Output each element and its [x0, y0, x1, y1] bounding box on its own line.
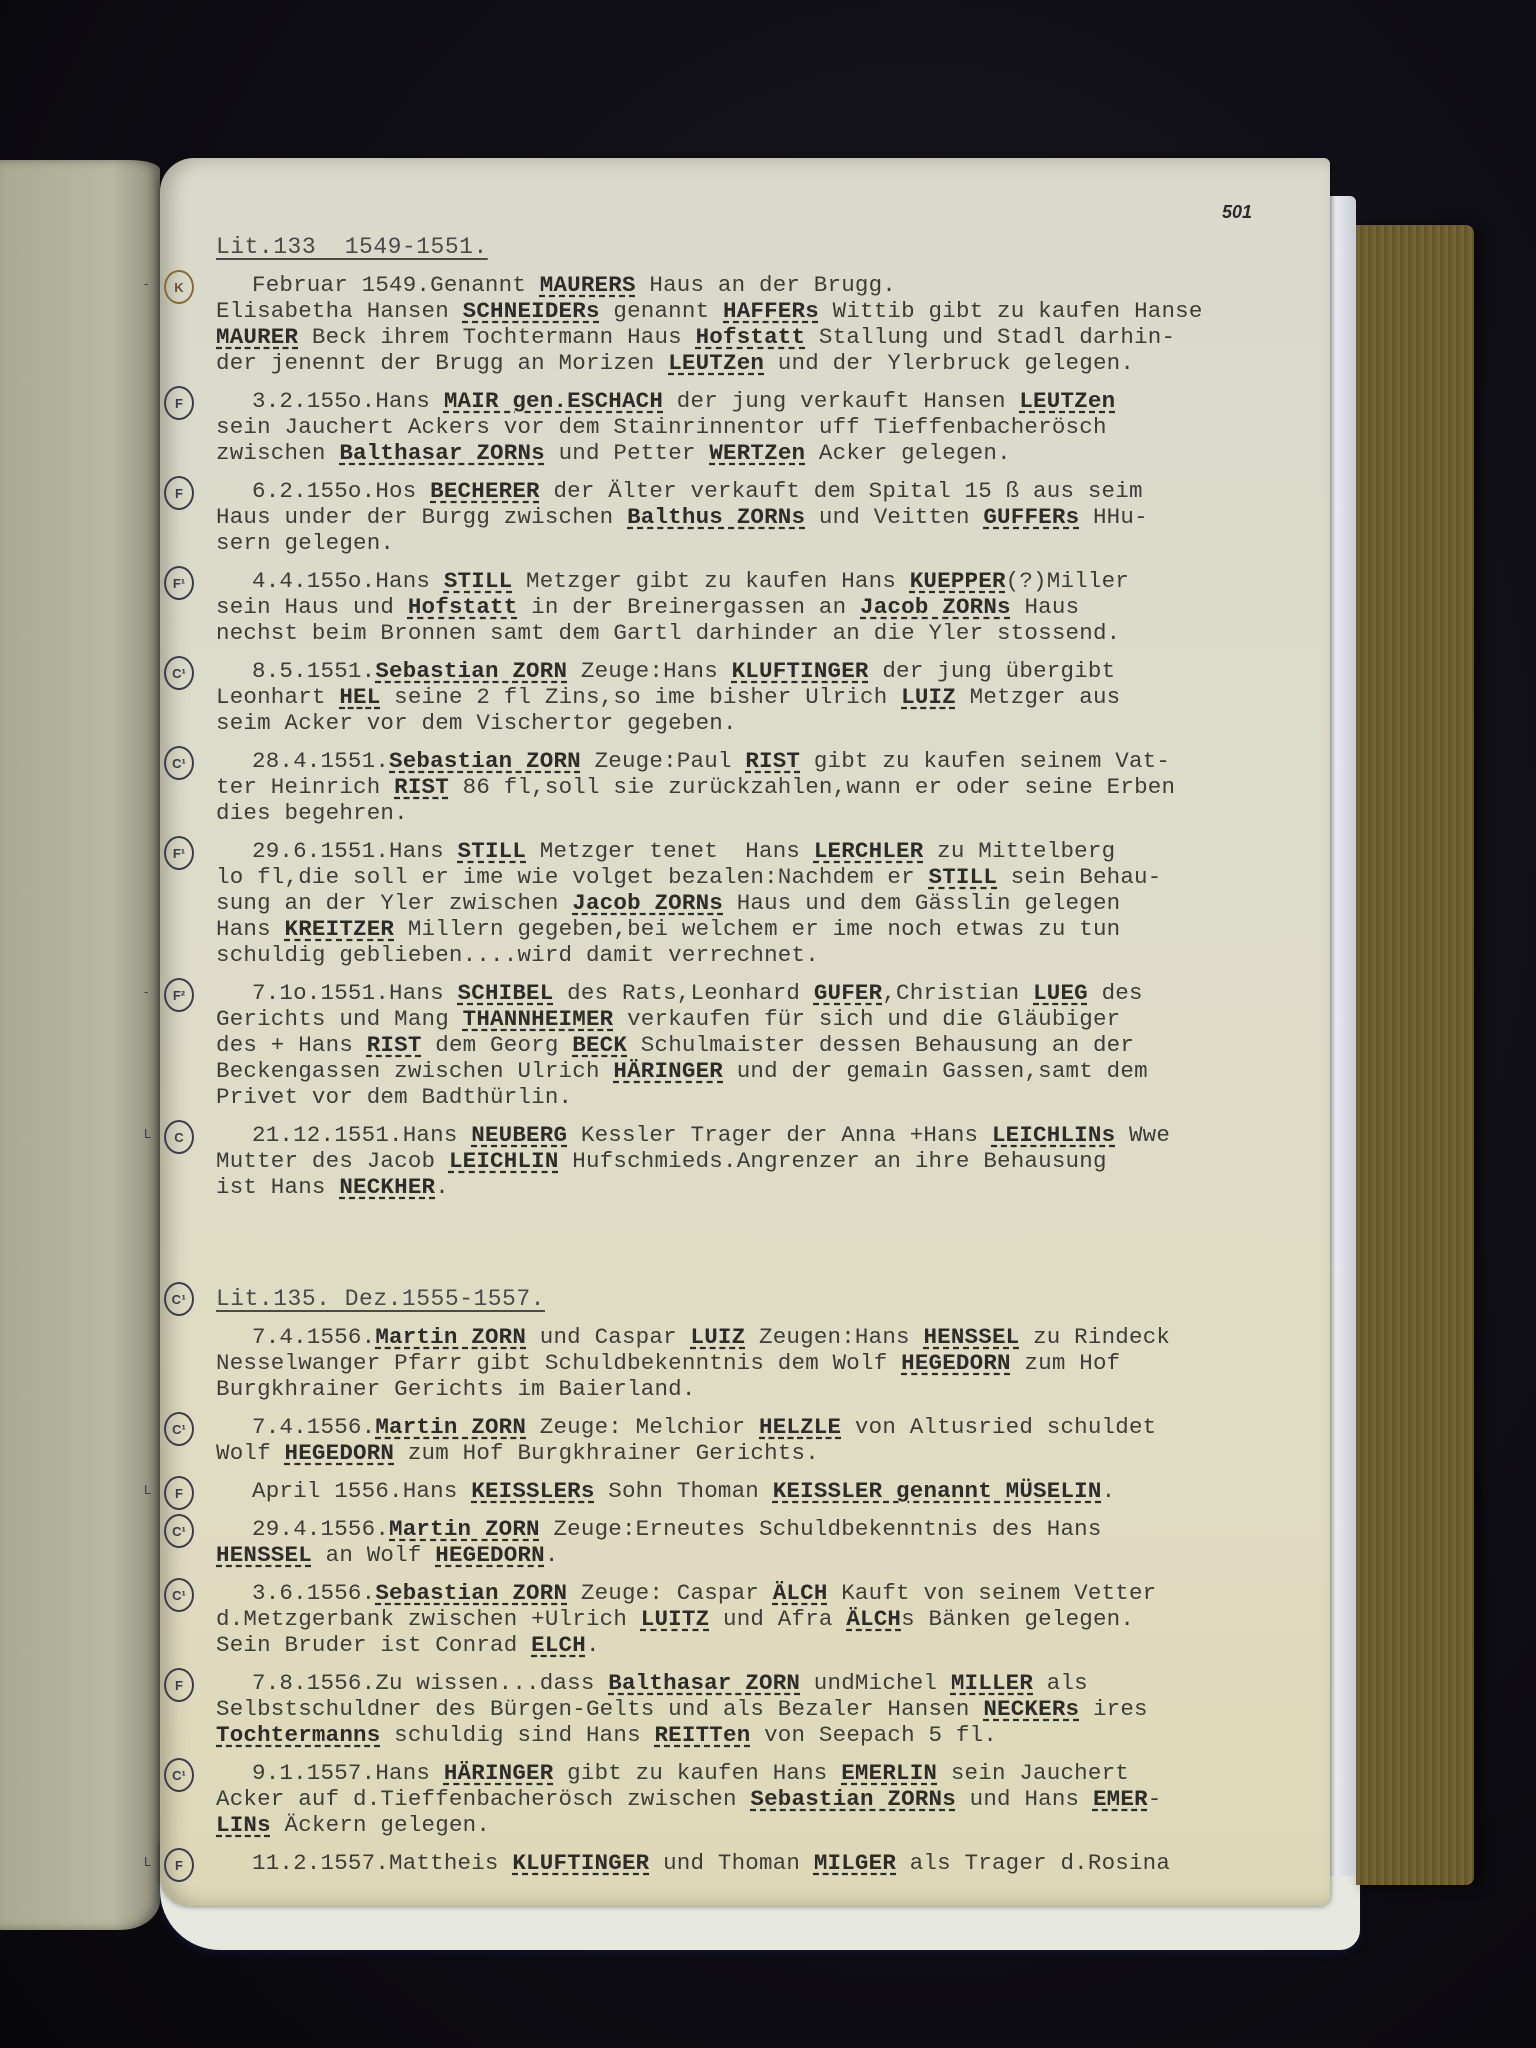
- entry-line: Beckengassen zwischen Ulrich HÄRINGER un…: [216, 1058, 1286, 1084]
- margin-marker-icon: K: [164, 270, 194, 304]
- entry-line: Selbstschuldner des Bürgen-Gelts und als…: [216, 1696, 1286, 1722]
- document-entry: K-Februar 1549.Genannt MAURERS Haus an d…: [216, 272, 1286, 376]
- section-title: Lit.135. Dez.1555-1557.C¹: [216, 1286, 1286, 1312]
- entry-line: d.Metzgerbank zwischen +Ulrich LUITZ und…: [216, 1606, 1286, 1632]
- entry-line: lo fl,die soll er ime wie volget bezalen…: [216, 864, 1286, 890]
- margin-marker-icon: F: [164, 1668, 194, 1702]
- document-page: 501 Lit.133 1549-1551.K-Februar 1549.Gen…: [160, 158, 1330, 1906]
- entry-line: HENSSEL an Wolf HEGEDORN.: [216, 1542, 1286, 1568]
- entry-line: Haus under der Burgg zwischen Balthus ZO…: [216, 504, 1286, 530]
- entry-line: sein Haus und Hofstatt in der Breinergas…: [216, 594, 1286, 620]
- margin-marker-icon: C¹: [164, 1514, 194, 1548]
- entry-line: 29.6.1551.Hans STILL Metzger tenet Hans …: [216, 838, 1286, 864]
- entry-line: sein Jauchert Ackers vor dem Stainrinnen…: [216, 414, 1286, 440]
- document-entry: C¹3.6.1556.Sebastian ZORN Zeuge: Caspar …: [216, 1580, 1286, 1658]
- document-entry: F7.8.1556.Zu wissen...dass Balthasar ZOR…: [216, 1670, 1286, 1748]
- document-entry: 7.4.1556.Martin ZORN und Caspar LUIZ Zeu…: [216, 1324, 1286, 1402]
- entry-line: schuldig geblieben....wird damit verrech…: [216, 942, 1286, 968]
- entry-line: LINs Äckern gelegen.: [216, 1812, 1286, 1838]
- entry-line: 7.4.1556.Martin ZORN Zeuge: Melchior HEL…: [216, 1414, 1286, 1440]
- margin-marker-icon: F: [164, 476, 194, 510]
- entry-line: 3.6.1556.Sebastian ZORN Zeuge: Caspar ÄL…: [216, 1580, 1286, 1606]
- entry-line: der jenennt der Brugg an Morizen LEUTZen…: [216, 350, 1286, 376]
- entry-line: Wolf HEGEDORN zum Hof Burgkhrainer Geric…: [216, 1440, 1286, 1466]
- entry-line: zwischen Balthasar ZORNs und Petter WERT…: [216, 440, 1286, 466]
- entry-line: seim Acker vor dem Vischertor gegeben.: [216, 710, 1286, 736]
- document-entry: CL21.12.1551.Hans NEUBERG Kessler Trager…: [216, 1122, 1286, 1200]
- entry-line: 3.2.155o.Hans MAIR gen.ESCHACH der jung …: [216, 388, 1286, 414]
- margin-marker-icon: C: [164, 1120, 194, 1154]
- document-entry: C¹8.5.1551.Sebastian ZORN Zeuge:Hans KLU…: [216, 658, 1286, 736]
- page-content: Lit.133 1549-1551.K-Februar 1549.Genannt…: [216, 220, 1286, 1888]
- marker-prefix: L: [144, 1126, 151, 1141]
- entry-line: 11.2.1557.Mattheis KLUFTINGER und Thoman…: [216, 1850, 1286, 1876]
- margin-marker-icon: F: [164, 1848, 194, 1882]
- entry-line: Februar 1549.Genannt MAURERS Haus an der…: [216, 272, 1286, 298]
- document-entry: FL11.2.1557.Mattheis KLUFTINGER und Thom…: [216, 1850, 1286, 1876]
- margin-marker-icon: C¹: [164, 656, 194, 690]
- document-entry: C¹7.4.1556.Martin ZORN Zeuge: Melchior H…: [216, 1414, 1286, 1466]
- margin-marker-icon: C¹: [164, 1282, 194, 1316]
- entry-line: Mutter des Jacob LEICHLIN Hufschmieds.An…: [216, 1148, 1286, 1174]
- margin-marker-icon: C¹: [164, 1758, 194, 1792]
- document-entry: FLApril 1556.Hans KEISSLERs Sohn Thoman …: [216, 1478, 1286, 1504]
- entry-line: des + Hans RIST dem Georg BECK Schulmais…: [216, 1032, 1286, 1058]
- entry-line: nechst beim Bronnen samt dem Gartl darhi…: [216, 620, 1286, 646]
- marker-prefix: L: [144, 1854, 151, 1869]
- entry-line: sern gelegen.: [216, 530, 1286, 556]
- margin-marker-icon: F²: [164, 978, 194, 1012]
- left-page: [0, 160, 160, 1930]
- book-page-block: [1356, 225, 1474, 1885]
- entry-line: 4.4.155o.Hans STILL Metzger gibt zu kauf…: [216, 568, 1286, 594]
- entry-line: Acker auf d.Tieffenbacherösch zwischen S…: [216, 1786, 1286, 1812]
- margin-marker-icon: C¹: [164, 1412, 194, 1446]
- entry-line: ter Heinrich RIST 86 fl,soll sie zurückz…: [216, 774, 1286, 800]
- entry-line: Elisabetha Hansen SCHNEIDERs genannt HAF…: [216, 298, 1286, 324]
- entry-line: Burgkhrainer Gerichts im Baierland.: [216, 1376, 1286, 1402]
- entry-line: 6.2.155o.Hos BECHERER der Älter verkauft…: [216, 478, 1286, 504]
- entry-line: MAURER Beck ihrem Tochtermann Haus Hofst…: [216, 324, 1286, 350]
- entry-line: Nesselwanger Pfarr gibt Schuldbekenntnis…: [216, 1350, 1286, 1376]
- entry-line: 21.12.1551.Hans NEUBERG Kessler Trager d…: [216, 1122, 1286, 1148]
- entry-line: Tochtermanns schuldig sind Hans REITTen …: [216, 1722, 1286, 1748]
- document-entry: C¹28.4.1551.Sebastian ZORN Zeuge:Paul RI…: [216, 748, 1286, 826]
- document-entry: F3.2.155o.Hans MAIR gen.ESCHACH der jung…: [216, 388, 1286, 466]
- entry-line: sung an der Yler zwischen Jacob ZORNs Ha…: [216, 890, 1286, 916]
- entry-line: 7.1o.1551.Hans SCHIBEL des Rats,Leonhard…: [216, 980, 1286, 1006]
- margin-marker-icon: F¹: [164, 836, 194, 870]
- entry-line: dies begehren.: [216, 800, 1286, 826]
- margin-marker-icon: F¹: [164, 566, 194, 600]
- marker-prefix: -: [144, 276, 148, 291]
- document-entry: C¹29.4.1556.Martin ZORN Zeuge:Erneutes S…: [216, 1516, 1286, 1568]
- entry-line: Gerichts und Mang THANNHEIMER verkaufen …: [216, 1006, 1286, 1032]
- entry-line: ist Hans NECKHER.: [216, 1174, 1286, 1200]
- entry-line: April 1556.Hans KEISSLERs Sohn Thoman KE…: [216, 1478, 1286, 1504]
- marker-prefix: -: [144, 984, 148, 999]
- margin-marker-icon: C¹: [164, 746, 194, 780]
- entry-line: 8.5.1551.Sebastian ZORN Zeuge:Hans KLUFT…: [216, 658, 1286, 684]
- margin-marker-icon: F: [164, 1476, 194, 1510]
- entry-line: 9.1.1557.Hans HÄRINGER gibt zu kaufen Ha…: [216, 1760, 1286, 1786]
- document-entry: F¹4.4.155o.Hans STILL Metzger gibt zu ka…: [216, 568, 1286, 646]
- document-entry: F6.2.155o.Hos BECHERER der Älter verkauf…: [216, 478, 1286, 556]
- document-entry: F²-7.1o.1551.Hans SCHIBEL des Rats,Leonh…: [216, 980, 1286, 1110]
- document-entry: C¹9.1.1557.Hans HÄRINGER gibt zu kaufen …: [216, 1760, 1286, 1838]
- entry-line: 7.4.1556.Martin ZORN und Caspar LUIZ Zeu…: [216, 1324, 1286, 1350]
- entry-line: Sein Bruder ist Conrad ELCH.: [216, 1632, 1286, 1658]
- margin-marker-icon: F: [164, 386, 194, 420]
- entry-line: Hans KREITZER Millern gegeben,bei welche…: [216, 916, 1286, 942]
- entry-line: 28.4.1551.Sebastian ZORN Zeuge:Paul RIST…: [216, 748, 1286, 774]
- entry-line: Leonhart HEL seine 2 fl Zins,so ime bish…: [216, 684, 1286, 710]
- marker-prefix: L: [144, 1482, 151, 1497]
- entry-line: 7.8.1556.Zu wissen...dass Balthasar ZORN…: [216, 1670, 1286, 1696]
- document-entry: F¹29.6.1551.Hans STILL Metzger tenet Han…: [216, 838, 1286, 968]
- section-title: Lit.133 1549-1551.: [216, 234, 1286, 260]
- entry-line: Privet vor dem Badthürlin.: [216, 1084, 1286, 1110]
- entry-line: 29.4.1556.Martin ZORN Zeuge:Erneutes Sch…: [216, 1516, 1286, 1542]
- margin-marker-icon: C¹: [164, 1578, 194, 1612]
